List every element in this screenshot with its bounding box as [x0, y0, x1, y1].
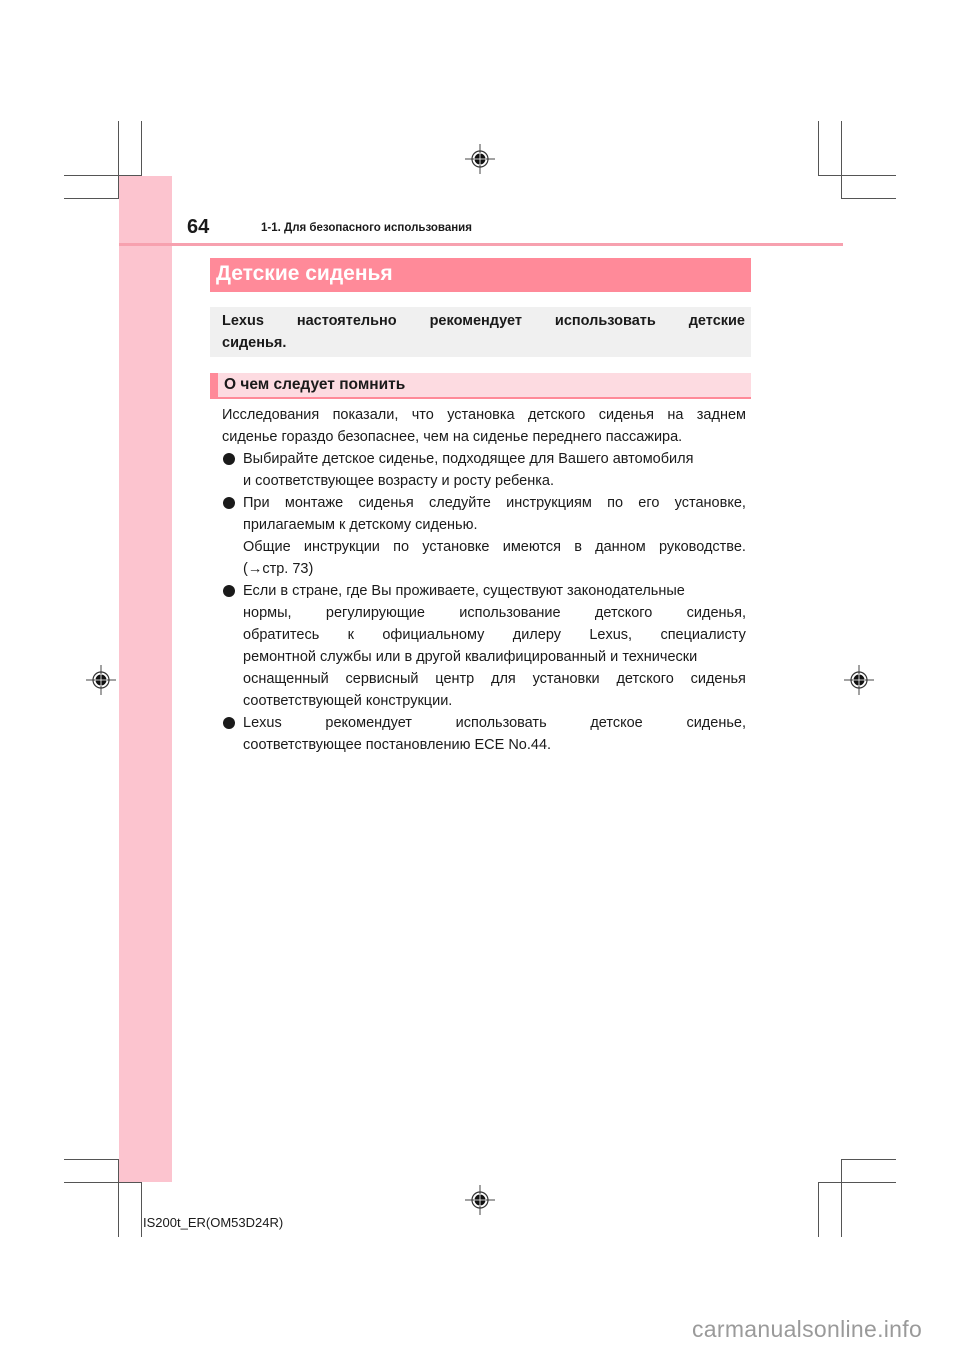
- crop-mark: [841, 1159, 896, 1160]
- bullet-item: Lexus рекомендует использовать детское с…: [222, 712, 746, 756]
- registration-mark-icon: [86, 665, 116, 695]
- word: сиденья: [691, 668, 746, 690]
- bullet-line: оснащенный сервисный центр для установки…: [243, 668, 746, 690]
- note-line: сиденья.: [222, 332, 745, 354]
- word: по: [607, 492, 623, 514]
- word: его: [638, 492, 659, 514]
- header-rule: [119, 243, 843, 246]
- bullet-icon: [223, 717, 235, 729]
- bullet-icon: [223, 453, 235, 465]
- word: использовать: [456, 712, 547, 734]
- intro-line: сиденье гораздо безопаснее, чем на сиден…: [222, 426, 746, 448]
- document-code: IS200t_ER(OM53D24R): [143, 1215, 283, 1230]
- word: При: [243, 492, 270, 514]
- crop-mark: [64, 1182, 142, 1183]
- word: имеются: [503, 536, 561, 558]
- bullet-icon: [223, 585, 235, 597]
- word: детское: [590, 712, 642, 734]
- bullet-line: соответствующей конструкции.: [243, 690, 746, 712]
- bullet-line: Выбирайте детское сиденье, подходящее дл…: [243, 448, 746, 470]
- bullet-line: Lexus рекомендует использовать детское с…: [243, 712, 746, 734]
- bullet-line: соответствующее постановлению ECE No.44.: [243, 734, 746, 756]
- bullet-item: При монтаже сиденья следуйте инструкциям…: [222, 492, 746, 580]
- word: инструкциям: [506, 492, 592, 514]
- word: данном: [595, 536, 646, 558]
- word: Общие: [243, 536, 291, 558]
- page-number: 64: [187, 216, 209, 239]
- registration-mark-icon: [844, 665, 874, 695]
- crop-mark: [64, 198, 119, 199]
- word: на: [667, 404, 683, 426]
- word: рекомендует: [430, 310, 522, 332]
- word: обратитесь: [243, 624, 319, 646]
- word: для: [491, 668, 516, 690]
- bullet-item: Если в стране, где Вы проживаете, сущест…: [222, 580, 746, 712]
- word: Исследования: [222, 404, 319, 426]
- bullet-item: Выбирайте детское сиденье, подходящее дл…: [222, 448, 746, 492]
- note-line: Lexus настоятельно рекомендует использов…: [222, 310, 745, 332]
- word: центр: [435, 668, 474, 690]
- registration-mark-icon: [465, 1185, 495, 1215]
- word: монтаже: [285, 492, 343, 514]
- word: сервисный: [346, 668, 419, 690]
- word: использование: [459, 602, 560, 624]
- crop-mark: [818, 1182, 896, 1183]
- bullet-line: Общие инструкции по установке имеются в …: [243, 536, 746, 558]
- word: Lexus,: [589, 624, 632, 646]
- bullet-line: При монтаже сиденья следуйте инструкциям…: [243, 492, 746, 514]
- crop-mark: [818, 121, 819, 175]
- word: сиденья: [358, 492, 413, 514]
- crop-mark: [841, 198, 896, 199]
- word: сиденья,: [687, 602, 746, 624]
- word: Lexus: [243, 712, 282, 734]
- word: по: [393, 536, 409, 558]
- intro-line: Исследования показали, что установка дет…: [222, 404, 746, 426]
- bullet-icon: [223, 497, 235, 509]
- bullet-line: и соответствующее возрасту и росту ребен…: [243, 470, 746, 492]
- word: Lexus: [222, 310, 264, 332]
- word: установке,: [675, 492, 746, 514]
- word: специалисту: [660, 624, 746, 646]
- word: сиденья: [599, 404, 654, 426]
- word: детского: [595, 602, 652, 624]
- subheading: О чем следует помнить: [210, 373, 751, 399]
- note-box: Lexus настоятельно рекомендует использов…: [210, 307, 751, 357]
- word: нормы,: [243, 602, 292, 624]
- crop-mark: [141, 1182, 142, 1237]
- word: детского: [616, 668, 673, 690]
- word: сиденье,: [686, 712, 746, 734]
- crop-mark: [141, 121, 142, 175]
- crop-mark: [818, 1182, 819, 1237]
- word: оснащенный: [243, 668, 329, 690]
- word: настоятельно: [297, 310, 397, 332]
- word: показали,: [333, 404, 399, 426]
- page-title: Детские сиденья: [210, 258, 751, 292]
- bullet-line: ремонтной службы или в другой квалифицир…: [243, 646, 746, 668]
- word: инструкции: [304, 536, 380, 558]
- word: к: [348, 624, 354, 646]
- crop-mark: [818, 175, 896, 176]
- bullet-line: нормы, регулирующие использование детско…: [243, 602, 746, 624]
- word: дилеру: [513, 624, 561, 646]
- watermark: carmanualsonline.info: [692, 1316, 922, 1343]
- chapter-sidebar-band: [119, 176, 172, 1182]
- section-header: 1-1. Для безопасного использования: [261, 222, 472, 234]
- word: регулирующие: [326, 602, 425, 624]
- word: рекомендует: [325, 712, 412, 734]
- bullet-line: Если в стране, где Вы проживаете, сущест…: [243, 580, 746, 602]
- word: официальному: [382, 624, 484, 646]
- crop-mark: [841, 121, 842, 199]
- page-reference-link[interactable]: (→стр. 73): [243, 558, 746, 580]
- word: детского: [528, 404, 585, 426]
- body-text: Исследования показали, что установка дет…: [222, 404, 746, 756]
- word: установка: [447, 404, 514, 426]
- word: использовать: [555, 310, 656, 332]
- word: что: [412, 404, 434, 426]
- bullet-line: обратитесь к официальному дилеру Lexus, …: [243, 624, 746, 646]
- crop-mark: [841, 1159, 842, 1237]
- word: следуйте: [429, 492, 491, 514]
- crop-mark: [64, 1159, 119, 1160]
- word: заднем: [697, 404, 746, 426]
- word: в: [574, 536, 582, 558]
- registration-mark-icon: [465, 144, 495, 174]
- word: установке: [422, 536, 489, 558]
- word: детские: [689, 310, 745, 332]
- bullet-line: прилагаемым к детскому сиденью.: [243, 514, 746, 536]
- word: установки: [533, 668, 600, 690]
- word: руководстве.: [659, 536, 746, 558]
